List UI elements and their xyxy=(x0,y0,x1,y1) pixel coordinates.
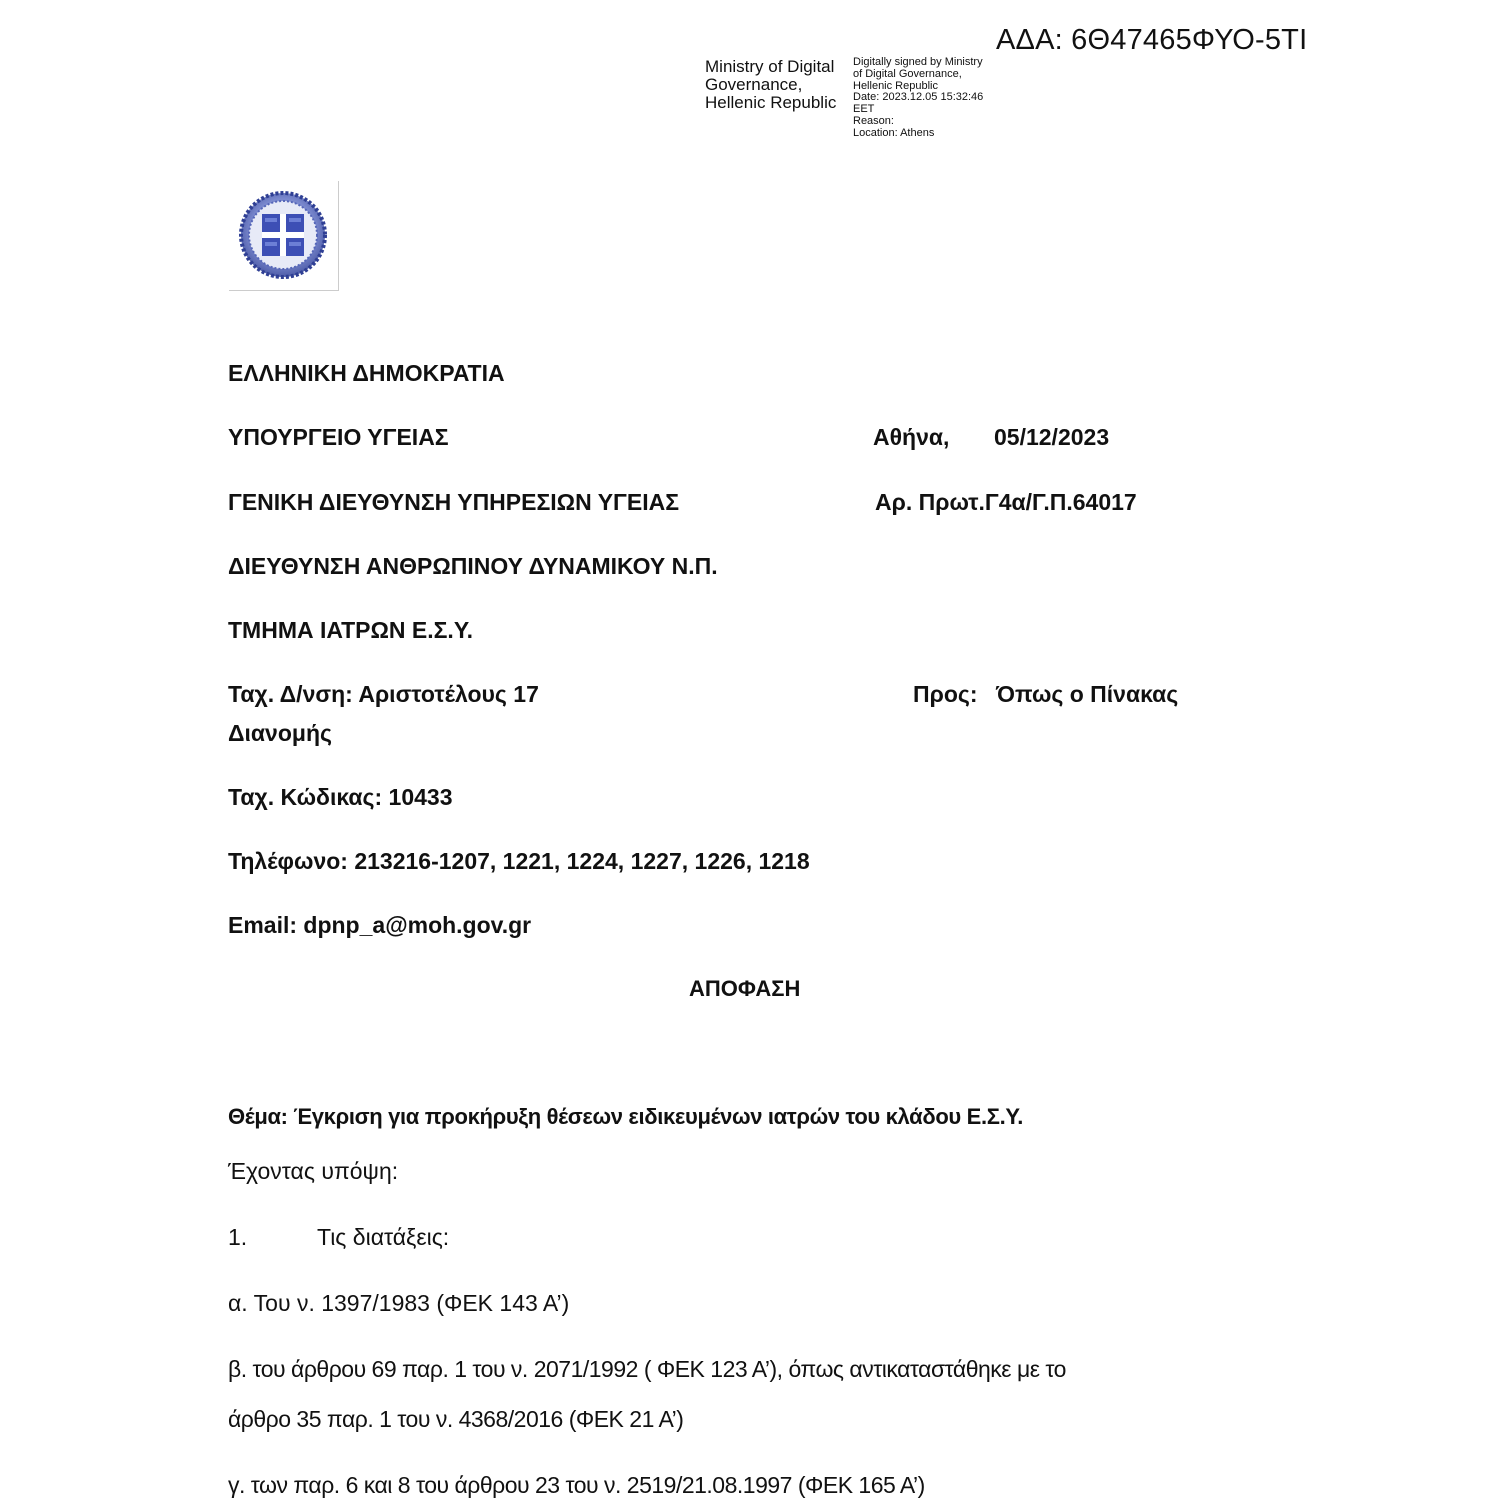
item-number: 1. xyxy=(228,1224,247,1251)
signer-line: Governance, xyxy=(705,76,836,94)
signature-detail-line: of Digital Governance, xyxy=(853,69,983,81)
provision-line: α. Του ν. 1397/1983 (ΦΕΚ 143 Α’) xyxy=(228,1290,569,1317)
provision-line: β. του άρθρου 69 παρ. 1 του ν. 2071/1992… xyxy=(228,1356,1066,1383)
header-address: Ταχ. Δ/νση: Αριστοτέλους 17 xyxy=(228,681,539,708)
header-ministry: ΥΠΟΥΡΓΕΙΟ ΥΓΕΙΑΣ xyxy=(228,424,449,451)
provision-line: άρθρο 35 παρ. 1 του ν. 4368/2016 (ΦΕΚ 21… xyxy=(228,1406,683,1433)
signer-line: Ministry of Digital xyxy=(705,58,836,76)
header-directorate: ΔΙΕΥΘΥΝΣΗ ΑΝΘΡΩΠΙΝΟΥ ΔΥΝΑΜΙΚΟΥ Ν.Π. xyxy=(228,553,718,580)
header-general-directorate: ΓΕΝΙΚΗ ΔΙΕΥΘΥΝΣΗ ΥΠΗΡΕΣΙΩΝ ΥΓΕΙΑΣ xyxy=(228,489,679,516)
decision-title: ΑΠΟΦΑΣΗ xyxy=(689,976,800,1002)
signature-detail-line: Reason: xyxy=(853,116,983,128)
recipient-label: Προς: xyxy=(913,681,978,708)
signer-line: Hellenic Republic xyxy=(705,94,836,112)
subject-line: Θέμα: Έγκριση για προκήρυξη θέσεων ειδικ… xyxy=(228,1104,1023,1130)
greek-coat-of-arms-icon xyxy=(229,181,339,291)
signature-details: Digitally signed by Ministry of Digital … xyxy=(853,57,983,140)
place-label: Αθήνα, xyxy=(873,424,949,451)
protocol-number: Αρ. Πρωτ.Γ4α/Γ.Π.64017 xyxy=(875,489,1137,516)
item-text: Τις διατάξεις: xyxy=(317,1224,449,1251)
recipient-continuation: Διανομής xyxy=(228,720,332,747)
header-email[interactable]: Email: dpnp_a@moh.gov.gr xyxy=(228,912,531,939)
header-postal-code: Ταχ. Κώδικας: 10433 xyxy=(228,784,453,811)
signature-detail-line: Location: Athens xyxy=(853,128,983,140)
considering-text: Έχοντας υπόψη: xyxy=(228,1158,398,1185)
header-department: ΤΜΗΜΑ ΙΑΤΡΩΝ Ε.Σ.Υ. xyxy=(228,617,473,644)
signature-signer: Ministry of Digital Governance, Hellenic… xyxy=(705,58,836,112)
header-phone: Τηλέφωνο: 213216-1207, 1221, 1224, 1227,… xyxy=(228,848,810,875)
recipient-value: Όπως ο Πίνακας xyxy=(996,681,1178,708)
header-republic: ΕΛΛΗΝΙΚΗ ΔΗΜΟΚΡΑΤΙΑ xyxy=(228,360,505,387)
provision-line: γ. των παρ. 6 και 8 του άρθρου 23 του ν.… xyxy=(228,1472,925,1499)
document-date: 05/12/2023 xyxy=(994,424,1109,451)
ada-code: ΑΔΑ: 6Θ47465ΦΥΟ-5ΤΙ xyxy=(996,24,1307,57)
